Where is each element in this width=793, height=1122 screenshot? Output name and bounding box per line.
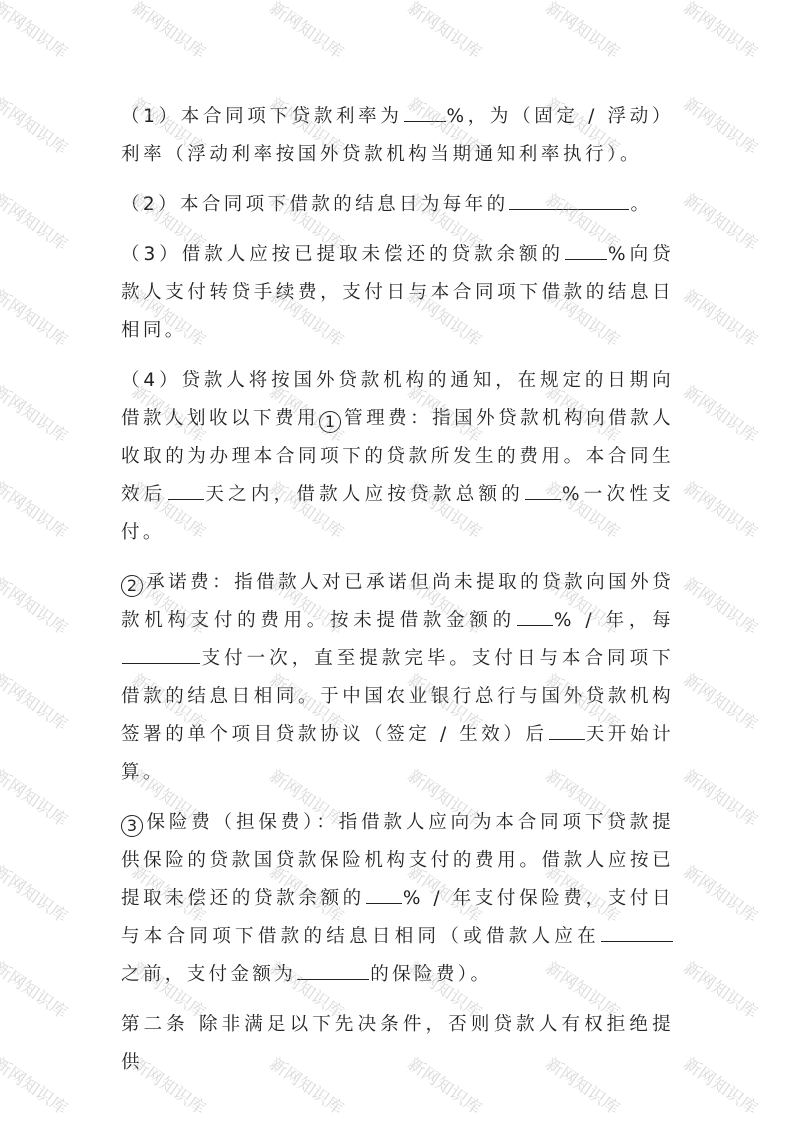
paragraph-text: 第二条 除非满足以下先决条件，否则贷款人有权拒绝提供	[121, 1014, 674, 1073]
paragraph-text: （3）借款人应按已提取未偿还的贷款余额的	[121, 244, 564, 265]
watermark-text: 新网知识库	[404, 0, 488, 63]
paragraph-text: 之前，支付金额为	[121, 964, 296, 985]
fill-in-blank	[366, 885, 402, 904]
watermark-text: 新网知识库	[680, 762, 764, 831]
fill-in-blank	[404, 103, 446, 122]
watermark-text: 新网知识库	[680, 474, 764, 543]
fill-in-blank	[168, 481, 204, 500]
watermark-text: 新网知识库	[542, 0, 626, 63]
watermark-text: 新网知识库	[0, 378, 74, 447]
document-body: （1）本合同项下贷款利率为%，为（固定 / 浮动）利率（浮动利率按国外贷款机构当…	[121, 98, 674, 1082]
watermark-text: 新网知识库	[680, 570, 764, 639]
paragraph-item-1: （1）本合同项下贷款利率为%，为（固定 / 浮动）利率（浮动利率按国外贷款机构当…	[121, 98, 674, 174]
fill-in-blank	[601, 923, 673, 942]
watermark-text: 新网知识库	[680, 954, 764, 1023]
watermark-text: 新网知识库	[0, 1050, 74, 1119]
watermark-text: 新网知识库	[680, 186, 764, 255]
fill-in-blank	[549, 721, 585, 740]
fill-in-blank	[517, 607, 553, 626]
watermark-text: 新网知识库	[0, 666, 74, 735]
watermark-text: 新网知识库	[680, 666, 764, 735]
circled-number-3: 3	[121, 815, 143, 837]
watermark-text: 新网知识库	[0, 858, 74, 927]
paragraph-text: （1）本合同项下贷款利率为	[121, 106, 403, 127]
watermark-text: 新网知识库	[0, 282, 74, 351]
watermark-text: 新网知识库	[680, 282, 764, 351]
watermark-text: 新网知识库	[0, 0, 74, 63]
paragraph-item-3: （3）借款人应按已提取未偿还的贷款余额的%向贷款人支付转贷手续费，支付日与本合同…	[121, 236, 674, 350]
fill-in-blank	[565, 241, 607, 260]
fill-in-blank	[509, 191, 629, 210]
watermark-text: 新网知识库	[0, 762, 74, 831]
watermark-text: 新网知识库	[128, 0, 212, 63]
watermark-text: 新网知识库	[266, 0, 350, 63]
circled-number-1: 1	[319, 411, 341, 433]
watermark-text: 新网知识库	[680, 0, 764, 63]
paragraph-text: 的保险费）。	[370, 964, 492, 985]
fill-in-blank	[297, 961, 369, 980]
watermark-text: 新网知识库	[680, 858, 764, 927]
paragraph-item-2: （2）本合同项下借款的结息日为每年的。	[121, 186, 674, 224]
paragraph-article-2: 第二条 除非满足以下先决条件，否则贷款人有权拒绝提供	[121, 1006, 674, 1082]
paragraph-item-4: （4）贷款人将按国外贷款机构的通知，在规定的日期向借款人划收以下费用1管理费：指…	[121, 362, 674, 552]
paragraph-text: 天之内，借款人应按贷款总额的	[205, 484, 524, 505]
watermark-text: 新网知识库	[680, 378, 764, 447]
watermark-text: 新网知识库	[0, 186, 74, 255]
watermark-text: 新网知识库	[680, 90, 764, 159]
paragraph-text: （2）本合同项下借款的结息日为每年的	[121, 194, 508, 215]
watermark-text: 新网知识库	[0, 954, 74, 1023]
fill-in-blank	[122, 645, 200, 664]
fill-in-blank	[525, 481, 561, 500]
circled-number-2: 2	[121, 575, 143, 597]
paragraph-text: 。	[630, 194, 652, 215]
watermark-text: 新网知识库	[0, 90, 74, 159]
watermark-text: 新网知识库	[0, 474, 74, 543]
watermark-text: 新网知识库	[680, 1050, 764, 1119]
paragraph-item-4-3: 3保险费（担保费）：指借款人应向为本合同项下贷款提供保险的贷款国贷款保险机构支付…	[121, 804, 674, 994]
watermark-text: 新网知识库	[0, 570, 74, 639]
paragraph-text: % / 年，每	[554, 610, 674, 631]
paragraph-item-4-2: 2承诺费：指借款人对已承诺但尚未提取的贷款向国外贷款机构支付的费用。按未提借款金…	[121, 564, 674, 792]
